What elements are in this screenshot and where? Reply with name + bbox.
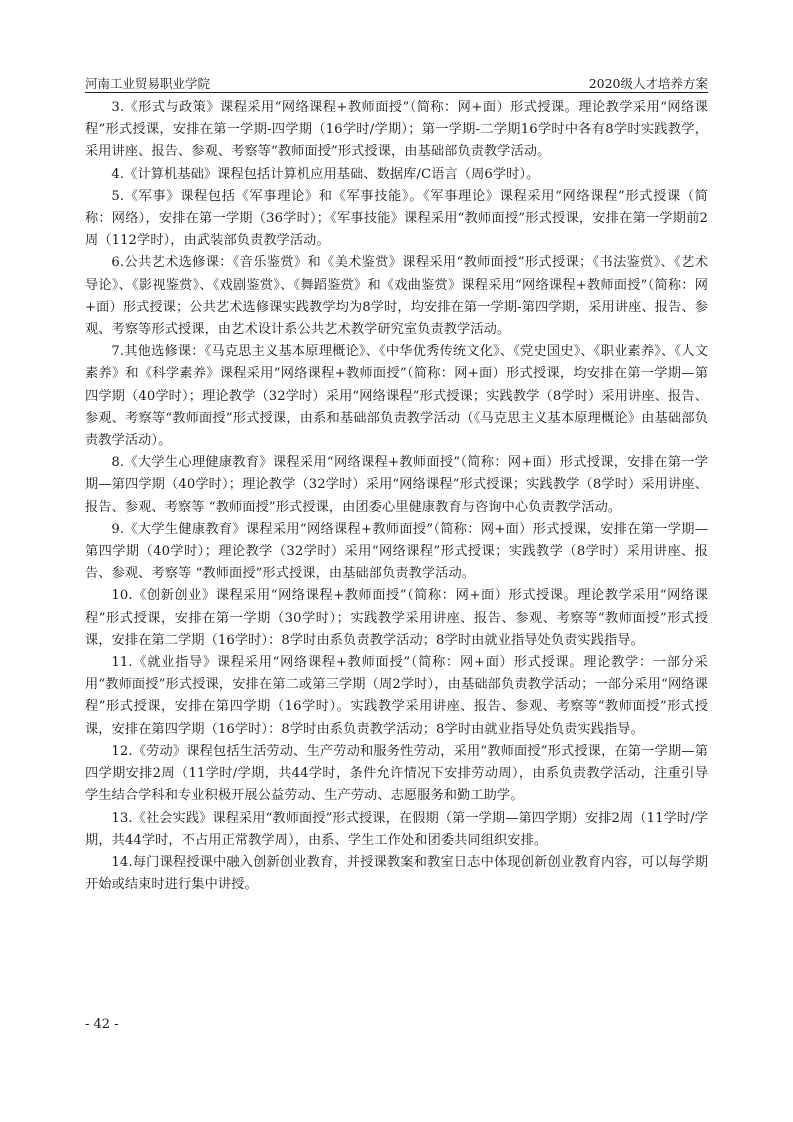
paragraph-4: 4.《计算机基础》课程包括计算机应用基础、数据库/C语言（周6学时）。 xyxy=(85,164,708,186)
paragraph-14: 14.每门课程授课中融入创新创业教育，并授课教案和教室日志中体现创新创业教育内容… xyxy=(85,852,708,896)
body-content: 3.《形式与政策》课程采用“网络课程+教师面授”（简称：网+面）形式授课。理论教… xyxy=(85,97,708,896)
header-document-title: 2020级人才培养方案 xyxy=(589,74,708,92)
paragraph-7: 7.其他选修课：《马克思主义基本原理概论》、《中华优秀传统文化》、《党史国史》、… xyxy=(85,341,708,452)
paragraph-9: 9.《大学生健康教育》课程采用“网络课程+教师面授”（简称：网+面）形式授课，安… xyxy=(85,519,708,586)
page-number: - 42 - xyxy=(85,1017,119,1032)
paragraph-8: 8.《大学生心理健康教育》课程采用“网络课程+教师面授”（简称：网+面）形式授课… xyxy=(85,452,708,519)
paragraph-3: 3.《形式与政策》课程采用“网络课程+教师面授”（简称：网+面）形式授课。理论教… xyxy=(85,97,708,164)
paragraph-11: 11.《就业指导》课程采用“网络课程+教师面授”（简称：网+面）形式授课。理论教… xyxy=(85,652,708,741)
paragraph-10: 10.《创新创业》课程采用“网络课程+教师面授”（简称：网+面）形式授课。理论教… xyxy=(85,585,708,652)
header-institution: 河南工业贸易职业学院 xyxy=(85,74,210,92)
paragraph-12: 12.《劳动》课程包括生活劳动、生产劳动和服务性劳动，采用“教师面授”形式授课，… xyxy=(85,741,708,808)
paragraph-13: 13.《社会实践》课程采用“教师面授”形式授课，在假期（第一学期—第四学期）安排… xyxy=(85,808,708,852)
paragraph-5: 5.《军事》课程包括《军事理论》和《军事技能》。《军事理论》课程采用“网络课程”… xyxy=(85,186,708,253)
page-header: 河南工业贸易职业学院 2020级人才培养方案 xyxy=(85,74,708,93)
paragraph-6: 6.公共艺术选修课：《音乐鉴赏》和《美术鉴赏》课程采用“教师面授”形式授课；《书… xyxy=(85,252,708,341)
